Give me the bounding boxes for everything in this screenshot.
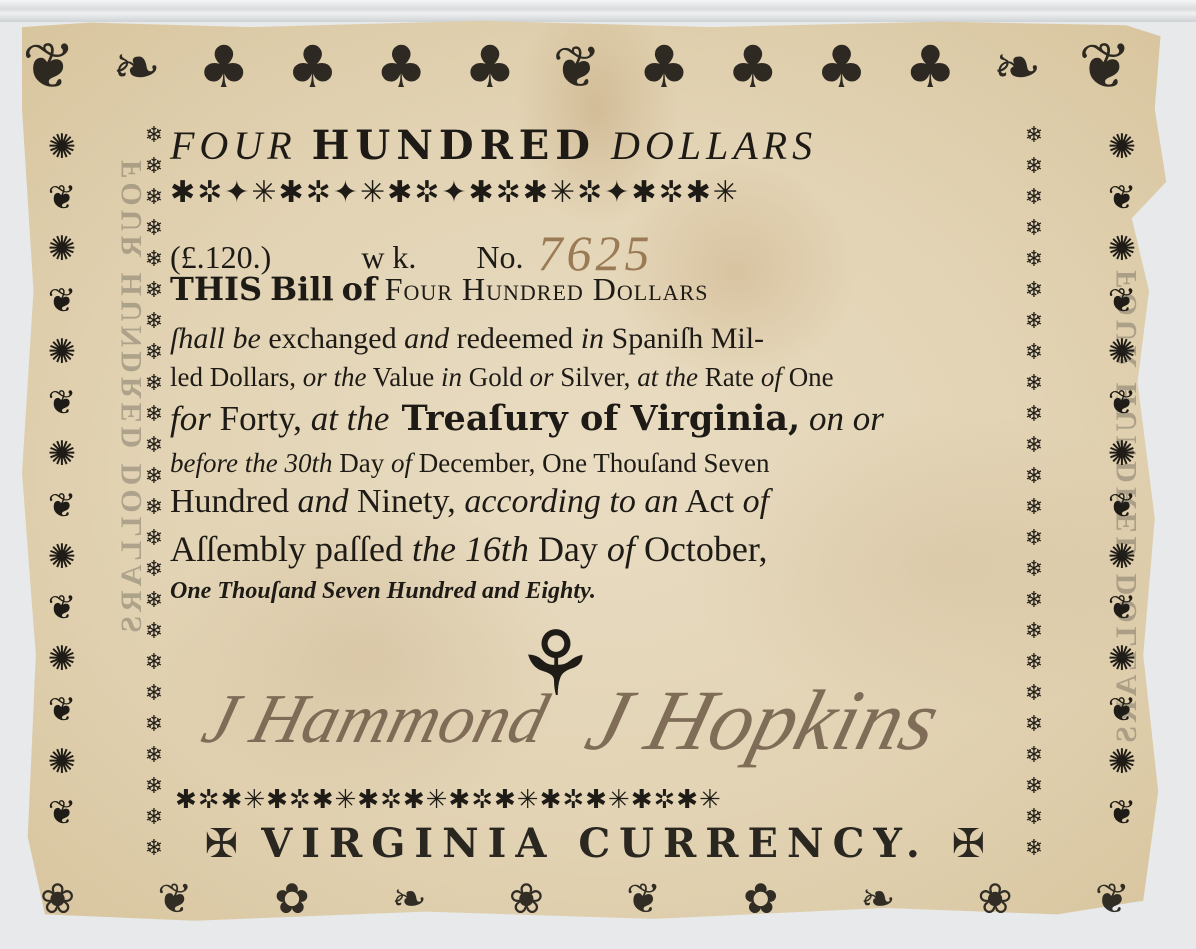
text-fragment: before the 30th — [170, 448, 332, 478]
title-dollars: DOLLARS — [611, 123, 817, 168]
snowflake-ornament-icon: ❄ — [145, 714, 163, 736]
snowflake-ornament-icon: ❄ — [1025, 683, 1043, 705]
snowflake-ornament-icon: ❄ — [145, 745, 163, 767]
snowflake-ornament-icon: ❄ — [1025, 249, 1043, 271]
snowflake-ornament-icon: ❄ — [145, 683, 163, 705]
side-flower-ornament-icon: ❦ — [48, 181, 77, 215]
snowflake-ornament-icon: ❄ — [1025, 559, 1043, 581]
snowflake-ornament-icon: ❄ — [1025, 652, 1043, 674]
floral-ornament-icon: ❧ — [860, 874, 895, 923]
snowflake-ornament-icon: ❄ — [145, 652, 163, 674]
snowflake-ornament-icon: ❄ — [1025, 280, 1043, 302]
snowflake-ornament-icon: ❄ — [1025, 218, 1043, 240]
snowflake-ornament-icon: ❄ — [1025, 807, 1043, 829]
snowflake-ornament-icon: ❄ — [145, 776, 163, 798]
side-flower-ornament-icon: ❦ — [48, 284, 77, 318]
corner-ornament-icon: ❦ — [22, 35, 76, 99]
snowflake-ornament-icon: ❄ — [1025, 776, 1043, 798]
scroll-ornament-icon: ❧ — [112, 38, 161, 96]
body-line-3: led Dollars, or the Value in Gold or Sil… — [170, 362, 1020, 393]
text-fragment: led Dollars, — [170, 362, 303, 392]
side-flower-ornament-icon: ✺ — [48, 232, 77, 266]
snowflake-ornament-icon: ❄ — [1025, 342, 1043, 364]
text-fragment: Day — [529, 529, 607, 569]
side-flower-ornament-icon: ❦ — [48, 489, 77, 523]
side-flower-ornament-icon: ✺ — [48, 642, 77, 676]
text-fragment: for — [170, 399, 211, 438]
pineapple-ornament-icon: ♣ — [375, 38, 427, 96]
text-fragment: October, — [635, 529, 768, 569]
text-fragment: of — [391, 448, 412, 478]
snowflake-ornament-icon: ❄ — [1025, 156, 1043, 178]
snowflake-ornament-icon: ❄ — [1025, 590, 1043, 612]
side-flower-ornament-icon: ❦ — [48, 386, 77, 420]
text-fragment: according to an — [464, 483, 678, 520]
corner-ornament-icon: ❦ — [1078, 35, 1132, 99]
side-flower-ornament-icon: ✺ — [1108, 232, 1137, 266]
body-line-6: Hundred and Ninety, according to an Act … — [170, 483, 1020, 521]
snowflake-ornament-icon: ❄ — [1025, 187, 1043, 209]
text-fragment: December, One Thouſand Seven — [412, 448, 770, 478]
snowflake-ornament-icon: ❄ — [145, 125, 163, 147]
snowflake-ornament-icon: ❄ — [145, 838, 163, 860]
currency-text: VIRGINIA CURRENCY. — [261, 820, 929, 867]
text-fragment: Gold — [462, 362, 530, 392]
signature-left: J Hammond — [194, 680, 556, 760]
text-fragment: exchanged — [261, 322, 404, 355]
text-fragment: Spaniſh Mil- — [604, 322, 764, 355]
text-fragment: Day — [332, 448, 390, 478]
side-flower-ornament-icon: ✺ — [48, 540, 77, 574]
text-fragment: Silver, — [554, 362, 638, 392]
side-flower-ornament-icon: ❦ — [48, 693, 77, 727]
text-fragment: on or — [800, 399, 884, 438]
side-flower-ornament-icon: ✺ — [48, 130, 77, 164]
bottom-star-row: ✱✲✱✳✱✲✱✳✱✲✱✳✱✲✱✳✱✲✱✳✱✲✱✳ — [175, 785, 1015, 815]
snowflake-ornament-icon: ❄ — [1025, 373, 1043, 395]
star-ornament-row: ✱✲✦✳✱✲✦✳✱✲✦✱✲✱✳✲✦✱✲✱✳ — [170, 175, 1020, 210]
text-fragment: ſhall be — [170, 322, 261, 355]
text-fragment: Aſſembly paſſed — [170, 529, 412, 569]
floral-ornament-icon: ❧ — [392, 874, 427, 923]
text-bill: Bill — [270, 270, 334, 308]
text-fragment: Ninety, — [348, 483, 464, 520]
text-of: of — [342, 270, 377, 308]
snowflake-ornament-icon: ❄ — [1025, 404, 1043, 426]
bleed-through-text-left: FOUR HUNDRED DOLLARS — [115, 160, 149, 637]
protective-sleeve-edge — [0, 0, 1196, 22]
text-fragment: and — [404, 322, 449, 355]
text-fragment: Hundred — [170, 483, 297, 520]
virginia-currency-label: ✠ VIRGINIA CURRENCY. ✠ — [175, 820, 1015, 867]
floral-ornament-icon: ❀ — [978, 874, 1013, 923]
floral-ornament-icon: ❦ — [157, 874, 192, 923]
snowflake-ornament-icon: ❄ — [1025, 714, 1043, 736]
text-fragment: the 16th — [412, 529, 529, 569]
pineapple-ornament-icon: ♣ — [727, 38, 779, 96]
top-ornament-border: ❦ ❧ ♣ ♣ ♣ ♣ ❦ ♣ ♣ ♣ ♣ ❧ ❦ — [22, 22, 1132, 112]
pineapple-ornament-icon: ♣ — [198, 38, 250, 96]
snowflake-ornament-icon: ❄ — [1025, 621, 1043, 643]
snowflake-ornament-icon: ❄ — [1025, 838, 1043, 860]
text-fragment: Act — [678, 483, 742, 520]
floral-ornament-icon: ✿ — [743, 874, 778, 923]
cross-ornament-icon: ✠ — [205, 821, 239, 867]
title-four: FOUR — [170, 123, 297, 168]
right-inner-border: ❄❄❄❄❄❄❄❄❄❄❄❄❄❄❄❄❄❄❄❄❄❄❄❄ — [1020, 125, 1048, 860]
hand-device-icon: ⚘ — [515, 620, 565, 770]
side-flower-ornament-icon: ❦ — [1108, 796, 1137, 830]
pineapple-ornament-icon: ♣ — [286, 38, 338, 96]
snowflake-ornament-icon: ❄ — [1025, 435, 1043, 457]
left-ornament-column: ✺❦✺❦✺❦✺❦✺❦✺❦✺❦ — [32, 130, 92, 830]
text-fragment: Rate — [698, 362, 761, 392]
text-fragment: at the — [637, 362, 698, 392]
snowflake-ornament-icon: ❄ — [1025, 311, 1043, 333]
side-flower-ornament-icon: ❦ — [48, 796, 77, 830]
text-fragment: redeemed — [449, 322, 581, 355]
body-line-1: THIS Bill of Four Hundred Dollars — [170, 270, 1020, 308]
scroll-ornament-icon: ❧ — [993, 38, 1042, 96]
snowflake-ornament-icon: ❄ — [1025, 497, 1043, 519]
body-line-5: before the 30th Day of December, One Tho… — [170, 448, 1020, 479]
text-fragment: and — [297, 483, 348, 520]
text-fragment: in — [581, 322, 604, 355]
note-title: FOUR HUNDRED DOLLARS — [170, 122, 1020, 169]
body-line-7: Aſſembly paſſed the 16th Day of October, — [170, 528, 1020, 570]
text-fragment: of — [607, 529, 635, 569]
text-fragment: at the — [311, 399, 390, 438]
snowflake-ornament-icon: ❄ — [1025, 125, 1043, 147]
text-fragment: One — [782, 362, 834, 392]
bottom-ornament-border: ❀ ❦ ✿ ❧ ❀ ❦ ✿ ❧ ❀ ❦ — [40, 868, 1130, 928]
signature-right: J Hopkins — [577, 670, 950, 770]
side-flower-ornament-icon: ✺ — [1108, 130, 1137, 164]
pineapple-ornament-icon: ♣ — [464, 38, 516, 96]
body-line-4: for Forty, at the Treaſury of Virginia, … — [170, 398, 1020, 439]
side-flower-ornament-icon: ❦ — [1108, 181, 1137, 215]
floral-ornament-icon: ❀ — [40, 874, 75, 923]
side-flower-ornament-icon: ❦ — [48, 591, 77, 625]
text-fragment: Value — [366, 362, 441, 392]
text-four-hundred-dollars: Four Hundred Dollars — [385, 271, 709, 307]
side-flower-ornament-icon: ✺ — [48, 437, 77, 471]
pineapple-ornament-icon: ♣ — [638, 38, 690, 96]
snowflake-ornament-icon: ❄ — [1025, 528, 1043, 550]
text-fragment: in — [441, 362, 462, 392]
body-line-8: One Thouſand Seven Hundred and Eighty. — [170, 578, 1020, 605]
snowflake-ornament-icon: ❄ — [1025, 466, 1043, 488]
pineapple-ornament-icon: ♣ — [904, 38, 956, 96]
text-fragment: Forty, — [211, 399, 311, 438]
title-hundred: HUNDRED — [312, 122, 596, 169]
center-ornament-icon: ❦ — [553, 38, 602, 96]
text-fragment: of — [743, 483, 769, 520]
snowflake-ornament-icon: ❄ — [1025, 745, 1043, 767]
floral-ornament-icon: ❦ — [626, 874, 661, 923]
pineapple-ornament-icon: ♣ — [815, 38, 867, 96]
side-flower-ornament-icon: ✺ — [48, 745, 77, 779]
side-flower-ornament-icon: ✺ — [1108, 745, 1137, 779]
body-line-2: ſhall be exchanged and redeemed in Spani… — [170, 322, 1020, 356]
bleed-through-text-right: FOUR HUNDRED DOLLARS — [1110, 270, 1144, 747]
floral-ornament-icon: ❀ — [509, 874, 544, 923]
text-treasury-of-virginia: Treaſury of Virginia, — [389, 398, 800, 439]
text-this: THIS — [170, 270, 262, 308]
snowflake-ornament-icon: ❄ — [145, 807, 163, 829]
floral-ornament-icon: ✿ — [274, 874, 309, 923]
floral-ornament-icon: ❦ — [1095, 874, 1130, 923]
side-flower-ornament-icon: ✺ — [48, 335, 77, 369]
text-fragment: of — [761, 362, 782, 392]
text-fragment: or the — [303, 362, 367, 392]
text-fragment: or — [530, 362, 554, 392]
cross-ornament-icon: ✠ — [952, 821, 986, 867]
